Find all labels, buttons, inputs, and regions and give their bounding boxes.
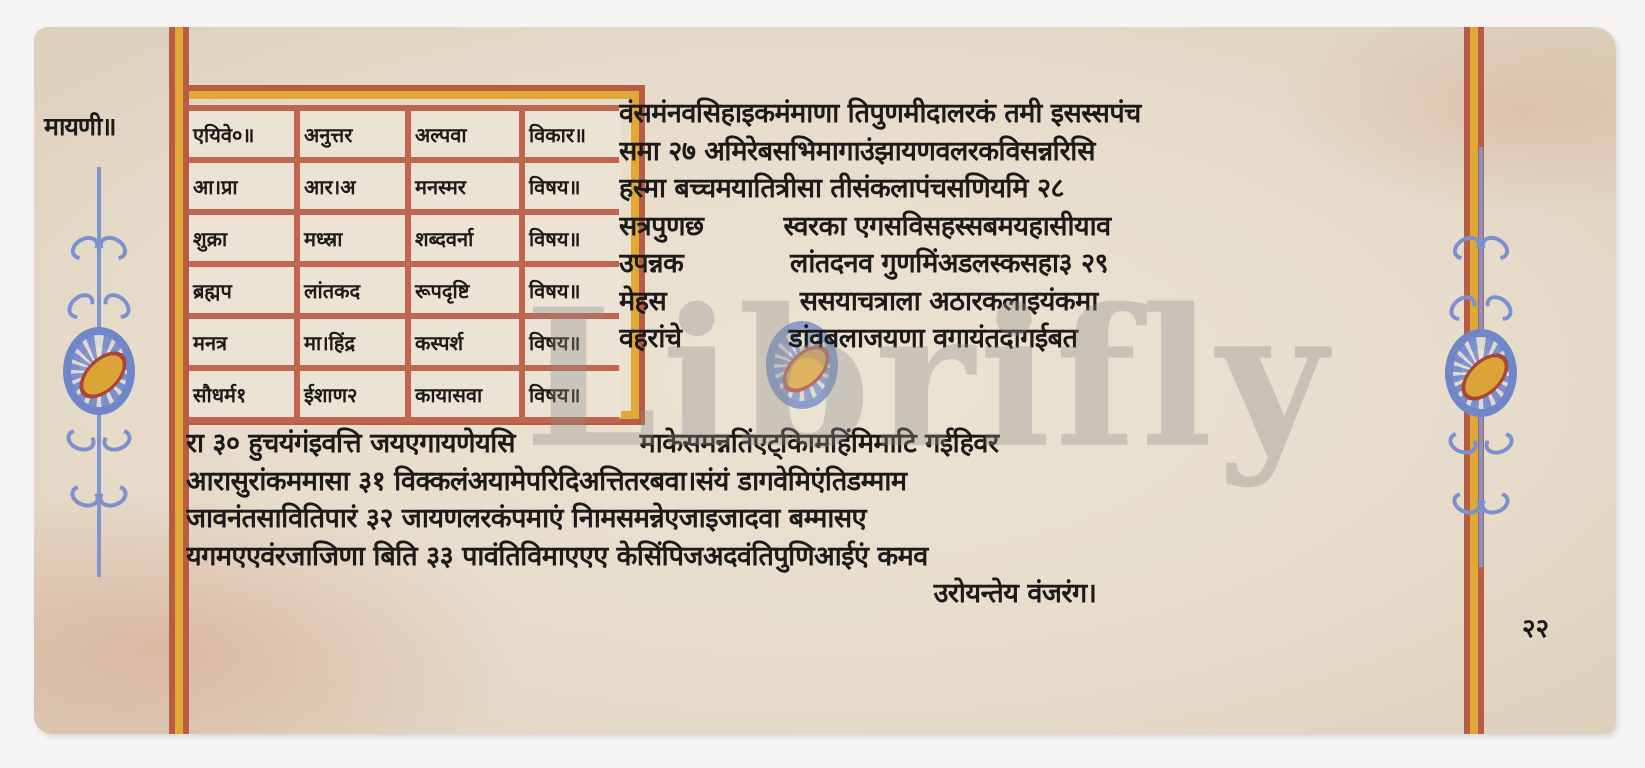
right-ornament-icon (1436, 147, 1526, 567)
margin-title: मायणी॥ (44, 109, 115, 143)
table-cell: मा।हिंद्र (300, 319, 405, 365)
text-line: वंसमंनवसिहाइकमंमाणा तिपुणमीदालरकं तमी इस… (619, 95, 1449, 133)
table-cell: आर।अ (300, 163, 405, 209)
bottom-text-block: रा ३० हुचयंगंइवत्ति जयएगायणेयसि माकेसमन्… (186, 425, 1446, 613)
text-line: समा २७ अमिरेबसभिमागाउंझायणवलरकविसन्नरिसि (619, 133, 1449, 171)
text-line: यगमएएवंरजाजिणा बिति ३३ पावंतिविमाएएए केस… (186, 538, 1446, 576)
text-line: आरासुरांकममासा ३१ विक्कलंअयामेपरिदिअत्ति… (186, 463, 1446, 501)
table-cell: विषय॥ (525, 215, 621, 261)
table-cell: विकार॥ (525, 111, 621, 157)
table-cell: एयिवे०॥ (189, 111, 294, 157)
table-cell: शुक्रा (189, 215, 294, 261)
text-line: हस्मा बच्चमयातित्रीसा तीसंकलापंचसणियमि २… (619, 170, 1449, 208)
table-cell: विषय॥ (525, 371, 621, 417)
text-line: रा ३० हुचयंगंइवत्ति जयएगायणेयसि माकेसमन्… (186, 425, 1446, 463)
table-cell: मध्स्रा (300, 215, 405, 261)
table-cell: विषय॥ (525, 163, 621, 209)
table-cell: कायासवा (411, 371, 519, 417)
table-cell: विषय॥ (525, 319, 621, 365)
text-line: सत्रपुणछ स्वरका एगसविसहस्सबमयहासीयाव (619, 208, 1449, 246)
table-cell: आ।प्रा (189, 163, 294, 209)
table-cell: शब्दवर्ना (411, 215, 519, 261)
table-cell: रूपदृष्टि (411, 267, 519, 313)
right-text-block: वंसमंनवसिहाइकमंमाणा तिपुणमीदालरकं तमी इस… (619, 95, 1449, 358)
table-cell: मनत्र (189, 319, 294, 365)
table-cell: अनुत्तर (300, 111, 405, 157)
table-cell: लांतकद (300, 267, 405, 313)
left-border-band (169, 27, 191, 734)
table-cell: सौधर्म१ (189, 371, 294, 417)
table-cell: ईशाण२ (300, 371, 405, 417)
table-cell: विषय॥ (525, 267, 621, 313)
text-line: उरोयन्तेय वंजरंग। (186, 575, 1446, 613)
text-line: वहरांचे डांवबलाजयणा वगायंतदागईबत (619, 320, 1449, 358)
text-line: जावनंतसावितिपारं ३२ जायणलरकंपमाएं निामसम… (186, 500, 1446, 538)
table-grid: एयिवे०॥ अनुत्तर अल्पवा विकार॥ आ।प्रा आर।… (189, 105, 619, 423)
table-cell: मनस्मर (411, 163, 519, 209)
table-cell: अल्पवा (411, 111, 519, 157)
text-line: उपन्नक लांतदनव गुणमिंअडलस्कसहा३ २९ (619, 245, 1449, 283)
left-ornament-icon (54, 167, 144, 577)
cosmology-table: एयिवे०॥ अनुत्तर अल्पवा विकार॥ आ।प्रा आर।… (189, 85, 645, 425)
table-cell: ब्रह्मप (189, 267, 294, 313)
table-cell: कस्पर्श (411, 319, 519, 365)
folio-number: २२ (1522, 609, 1549, 645)
text-line: मेहस ससयाचत्राला अठारकलाइयंकमा (619, 283, 1449, 321)
manuscript-folio: मायणी॥ एयिवे०॥ (34, 27, 1616, 734)
